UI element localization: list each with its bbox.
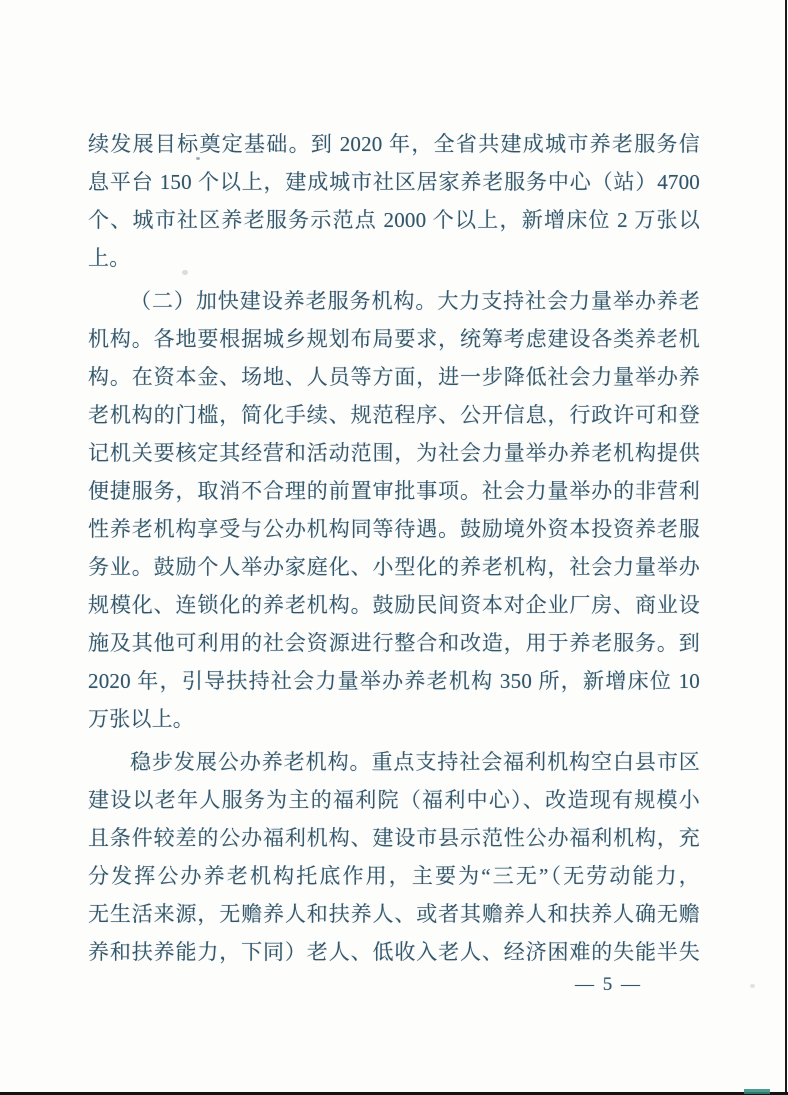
text-line: 老机构的门槛，简化手续、规范程序、公开信息，行政许可和登 bbox=[88, 396, 700, 434]
text-line: 万张以上。 bbox=[88, 700, 700, 738]
document-body: 续发展目标奠定基础。到 2020 年，全省共建成城市养老服务信 息平台 150 … bbox=[88, 125, 700, 971]
scan-edge-right bbox=[785, 0, 787, 1095]
text-line: 务业。鼓励个人举办家庭化、小型化的养老机构，社会力量举办 bbox=[88, 548, 700, 586]
text-line: 性养老机构享受与公办机构同等待遇。鼓励境外资本投资养老服 bbox=[88, 510, 700, 548]
paragraph-public-institutions: 稳步发展公办养老机构。重点支持社会福利机构空白县市区 建设以老年人服务为主的福利… bbox=[88, 743, 700, 971]
text-line: 续发展目标奠定基础。到 2020 年，全省共建成城市养老服务信 bbox=[88, 125, 700, 163]
text-line: 便捷服务，取消不合理的前置审批事项。社会力量举办的非营利 bbox=[88, 472, 700, 510]
document-page: 续发展目标奠定基础。到 2020 年，全省共建成城市养老服务信 息平台 150 … bbox=[0, 0, 788, 1095]
text-line: 个、城市社区养老服务示范点 2000 个以上，新增床位 2 万张以 bbox=[88, 201, 700, 239]
text-line: 记机关要核定其经营和活动范围，为社会力量举办养老机构提供 bbox=[88, 434, 700, 472]
scan-speck bbox=[196, 157, 200, 160]
text-line: 养和扶养能力，下同）老人、低收入老人、经济困难的失能半失 bbox=[88, 933, 700, 971]
section-heading-line: （二）加快建设养老服务机构。大力支持社会力量举办养老 bbox=[88, 282, 700, 320]
scan-corner-mark bbox=[744, 1089, 770, 1094]
page-number: — 5 — bbox=[88, 972, 700, 998]
text-line: 息平台 150 个以上，建成城市社区居家养老服务中心（站）4700 bbox=[88, 163, 700, 201]
text-line: 建设以老年人服务为主的福利院（福利中心）、改造现有规模小 bbox=[88, 781, 700, 819]
text-line: 上。 bbox=[88, 239, 700, 277]
text-line: 且条件较差的公办福利机构、建设市县示范性公办福利机构，充 bbox=[88, 819, 700, 857]
text-line: 2020 年，引导扶持社会力量举办养老机构 350 所，新增床位 10 bbox=[88, 662, 700, 700]
text-line: 施及其他可利用的社会资源进行整合和改造，用于养老服务。到 bbox=[88, 624, 700, 662]
text-line: 构。在资本金、场地、人员等方面，进一步降低社会力量举办养 bbox=[88, 358, 700, 396]
text-line: 无生活来源，无赡养人和扶养人、或者其赡养人和扶养人确无赡 bbox=[88, 895, 700, 933]
paragraph-continuation: 续发展目标奠定基础。到 2020 年，全省共建成城市养老服务信 息平台 150 … bbox=[88, 125, 700, 277]
scan-speck bbox=[182, 270, 188, 275]
text-line: 机构。各地要根据城乡规划布局要求，统筹考虑建设各类养老机 bbox=[88, 320, 700, 358]
paragraph-section-2: （二）加快建设养老服务机构。大力支持社会力量举办养老 机构。各地要根据城乡规划布… bbox=[88, 282, 700, 738]
text-line: 规模化、连锁化的养老机构。鼓励民间资本对企业厂房、商业设 bbox=[88, 586, 700, 624]
text-line: 稳步发展公办养老机构。重点支持社会福利机构空白县市区 bbox=[88, 743, 700, 781]
text-line: 分发挥公办养老机构托底作用，主要为“三无”（无劳动能力， bbox=[88, 857, 700, 895]
scan-speck bbox=[750, 984, 755, 988]
